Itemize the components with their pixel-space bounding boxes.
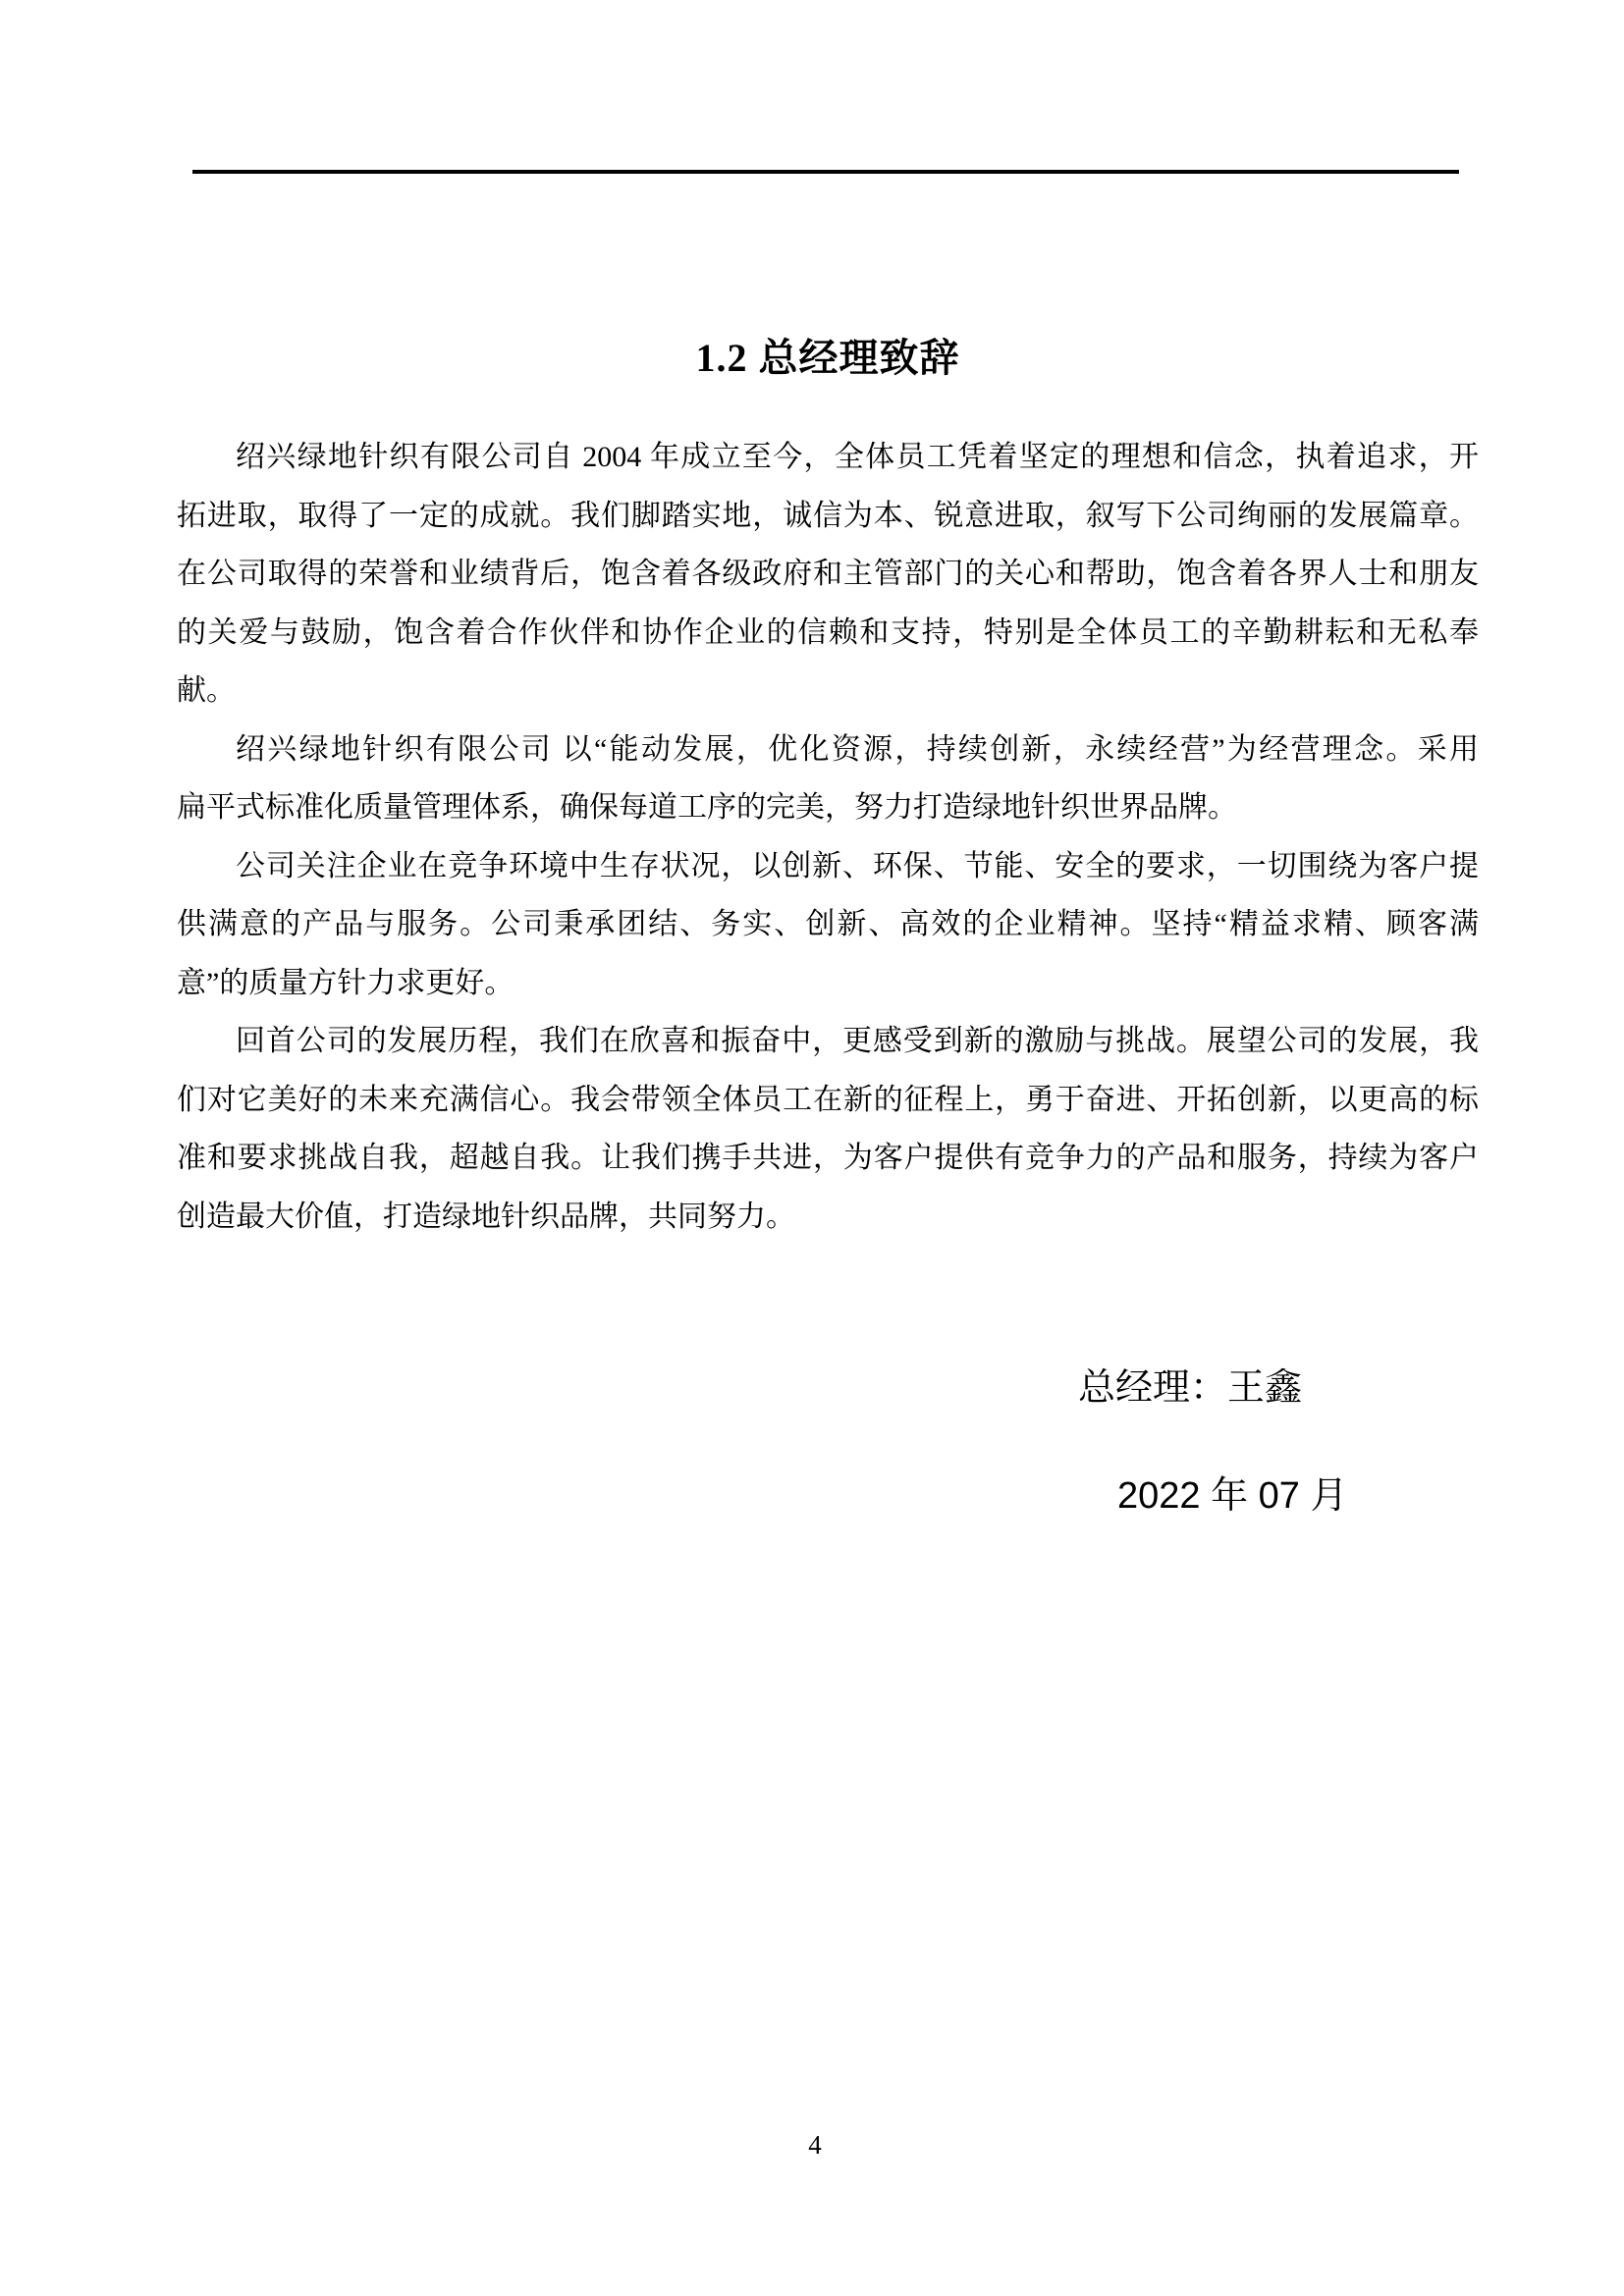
- paragraph-line: 扁平式标准化质量管理体系，确保每道工序的完美，努力打造绿地针织世界品牌。: [177, 778, 1479, 837]
- paragraph-line: 献。: [177, 662, 1479, 721]
- paragraph-line: 拓进取，取得了一定的成就。我们脚踏实地，诚信为本、锐意进取，叙写下公司绚丽的发展…: [177, 487, 1479, 546]
- section-title: 1.2 总经理致辞: [31, 327, 1624, 383]
- paragraph: 回首公司的发展历程，我们在欣喜和振奋中，更感受到新的激励与挑战。展望公司的发展，…: [177, 1012, 1479, 1246]
- paragraph-line: 回首公司的发展历程，我们在欣喜和振奋中，更感受到新的激励与挑战。展望公司的发展，…: [177, 1012, 1479, 1071]
- header-rule: [192, 170, 1459, 174]
- signature-signer: 总经理：王鑫: [1078, 1357, 1302, 1411]
- signature-date: 2022 年 07 月: [1117, 1465, 1347, 1519]
- document-page: 1.2 总经理致辞 绍兴绿地针织有限公司自 2004 年成立至今，全体员工凭着坚…: [0, 0, 1624, 2296]
- paragraph-line: 供满意的产品与服务。公司秉承团结、务实、创新、高效的企业精神。坚持“精益求精、顾…: [177, 895, 1479, 954]
- paragraph-line: 公司关注企业在竞争环境中生存状况，以创新、环保、节能、安全的要求，一切围绕为客户…: [177, 837, 1479, 896]
- paragraph: 绍兴绿地针织有限公司自 2004 年成立至今，全体员工凭着坚定的理想和信念，执着…: [177, 428, 1479, 721]
- paragraph: 绍兴绿地针织有限公司 以“能动发展，优化资源，持续创新，永续经营”为经营理念。采…: [177, 721, 1479, 837]
- paragraph-line: 意”的质量方针力求更好。: [177, 954, 1479, 1013]
- paragraph-line: 的关爱与鼓励，饱含着合作伙伴和协作企业的信赖和支持，特别是全体员工的辛勤耕耘和无…: [177, 604, 1479, 663]
- page-number: 4: [0, 2130, 1624, 2161]
- paragraph-line: 们对它美好的未来充满信心。我会带领全体员工在新的征程上，勇于奋进、开拓创新，以更…: [177, 1071, 1479, 1130]
- paragraph: 公司关注企业在竞争环境中生存状况，以创新、环保、节能、安全的要求，一切围绕为客户…: [177, 837, 1479, 1013]
- paragraph-line: 绍兴绿地针织有限公司自 2004 年成立至今，全体员工凭着坚定的理想和信念，执着…: [177, 428, 1479, 487]
- paragraph-line: 在公司取得的荣誉和业绩背后，饱含着各级政府和主管部门的关心和帮助，饱含着各界人士…: [177, 545, 1479, 604]
- body-text: 绍兴绿地针织有限公司自 2004 年成立至今，全体员工凭着坚定的理想和信念，执着…: [177, 428, 1479, 1246]
- paragraph-line: 创造最大价值，打造绿地针织品牌，共同努力。: [177, 1188, 1479, 1247]
- paragraph-line: 准和要求挑战自我，超越自我。让我们携手共进，为客户提供有竞争力的产品和服务，持续…: [177, 1129, 1479, 1188]
- paragraph-line: 绍兴绿地针织有限公司 以“能动发展，优化资源，持续创新，永续经营”为经营理念。采…: [177, 721, 1479, 779]
